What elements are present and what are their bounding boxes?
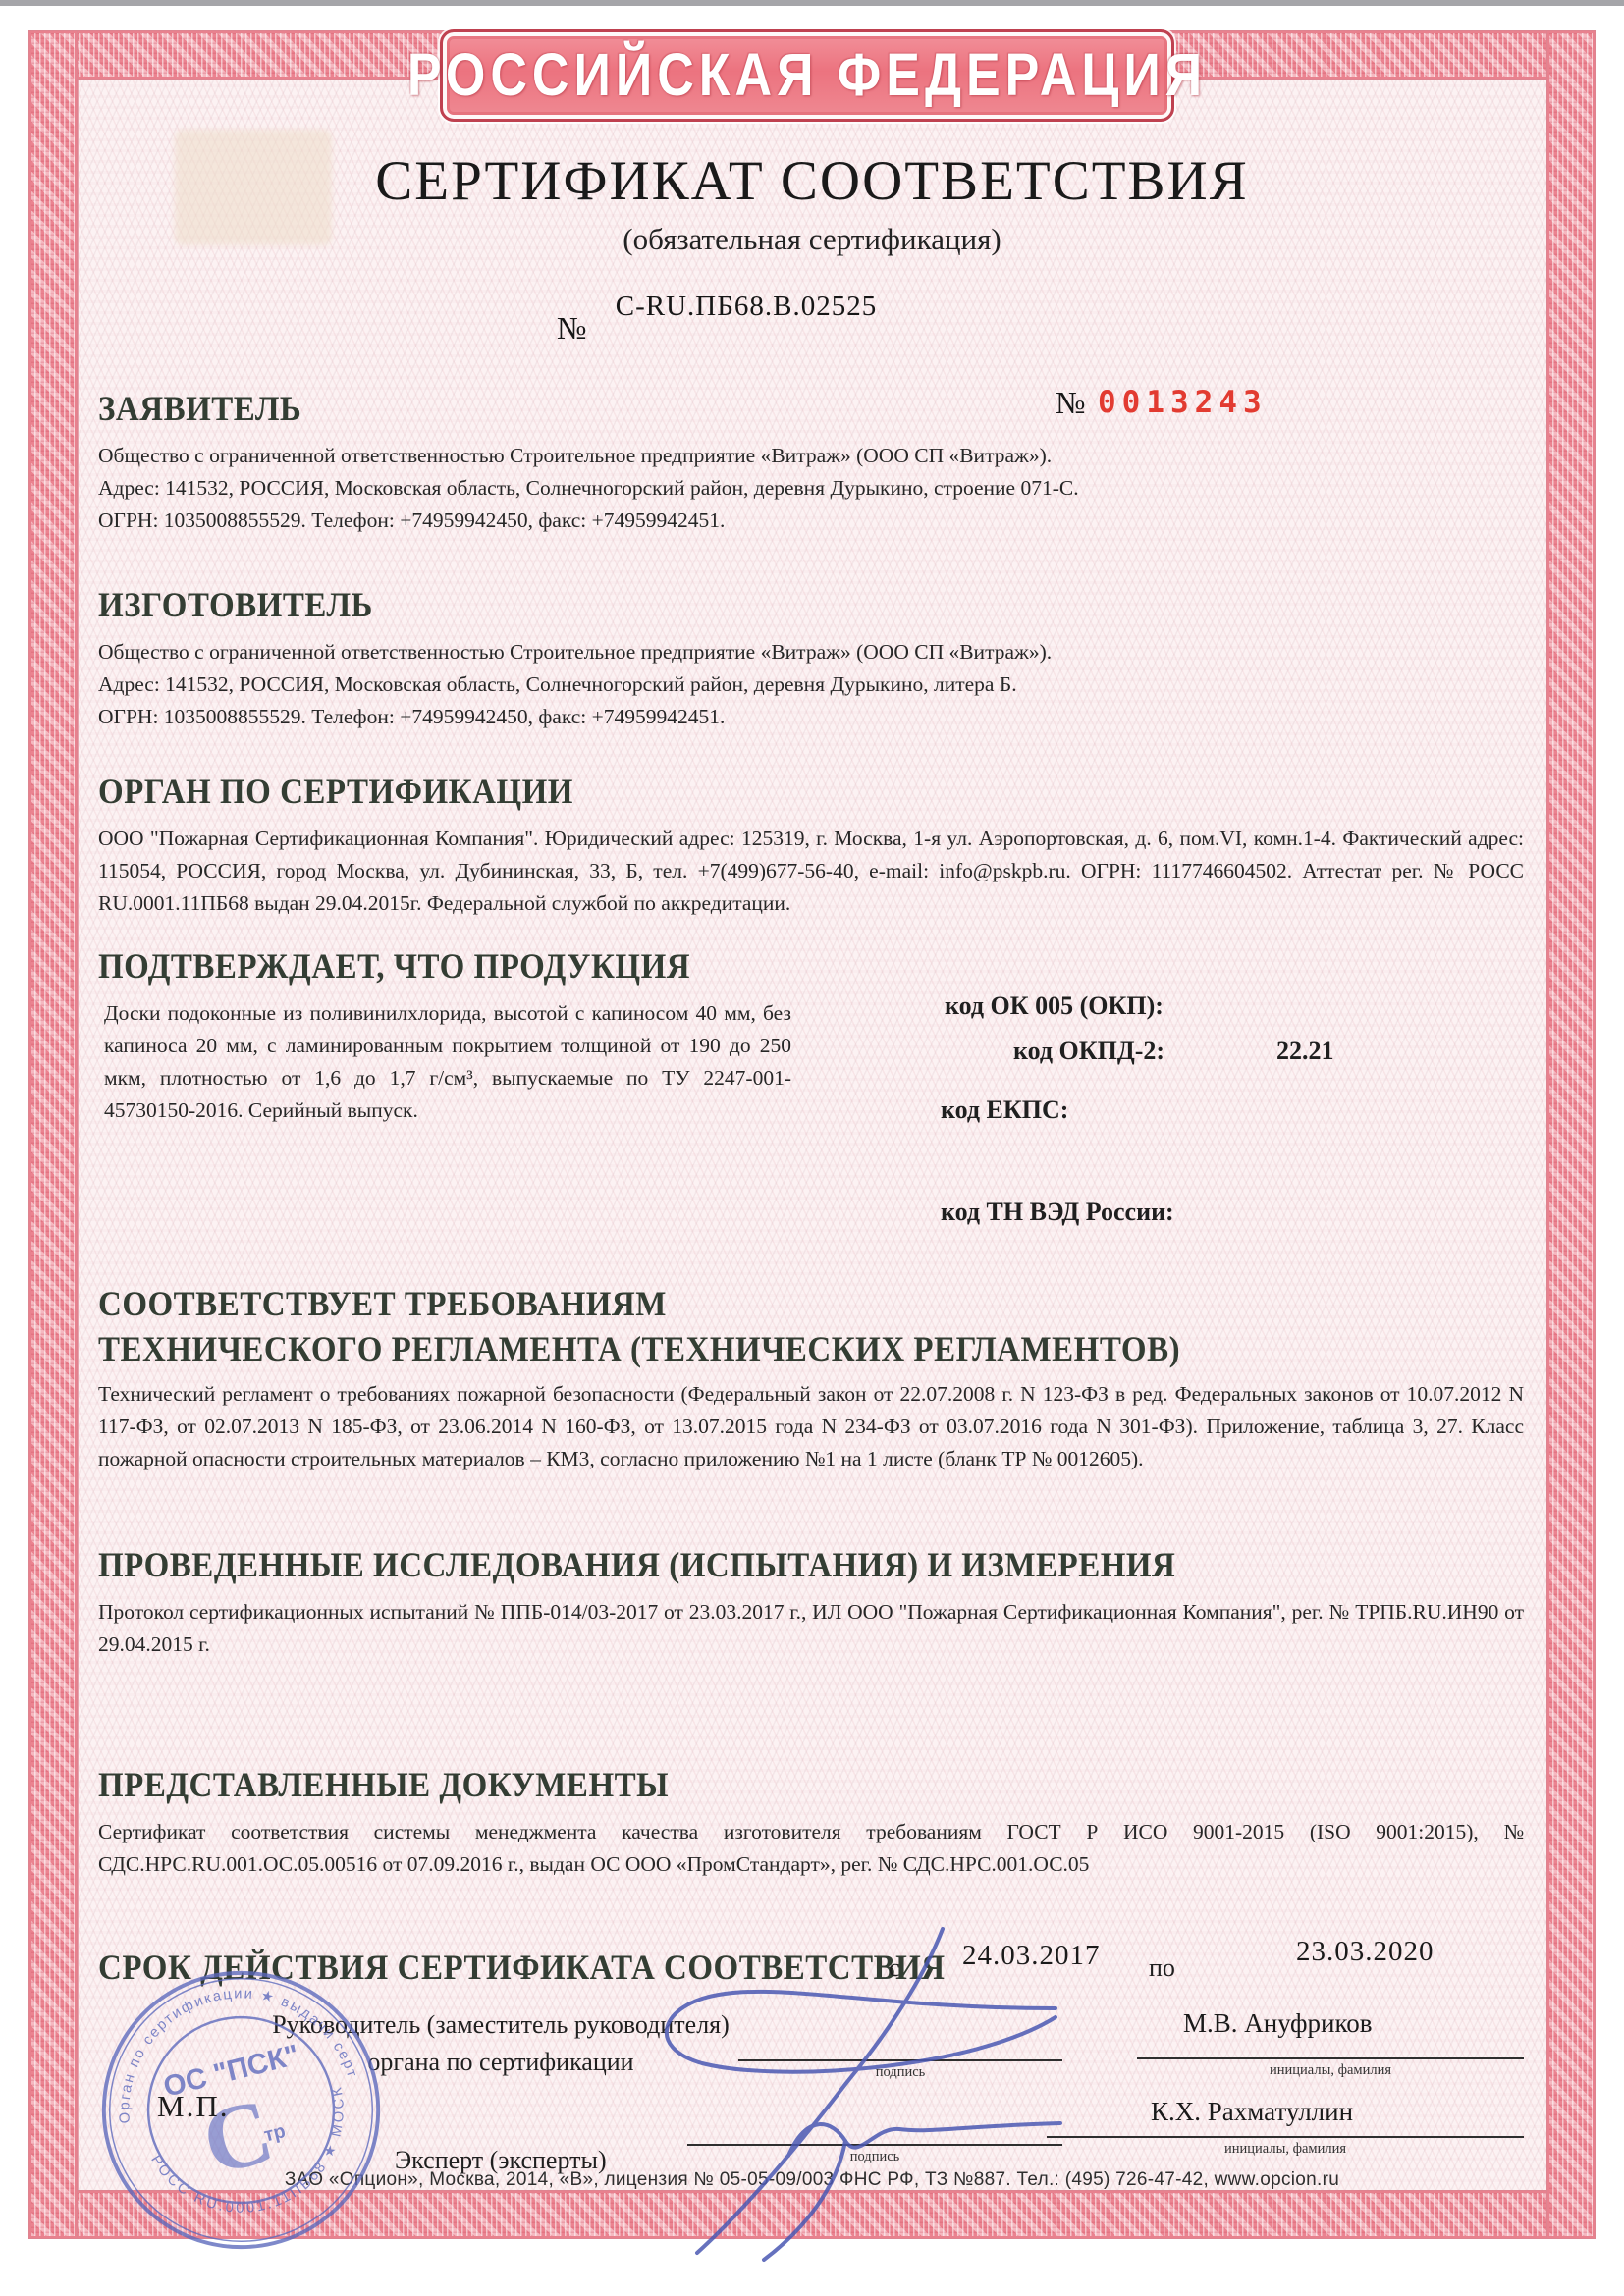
certificate-page: РОССИЙСКАЯ ФЕДЕРАЦИЯ СЕРТИФИКАТ СООТВЕТС…: [0, 0, 1624, 2296]
signature-ink-icon: [550, 1914, 1178, 2296]
documents-text: Сертификат соответствия системы менеджме…: [98, 1816, 1524, 1881]
head-signatory-name: М.В. Ануфриков: [1183, 2008, 1372, 2039]
product-description: Доски подоконные из поливинилхлорида, вы…: [104, 997, 791, 1127]
head-name-line: [1137, 2057, 1524, 2059]
manufacturer-line-3: ОГРН: 1035008855529. Телефон: +749599424…: [98, 701, 1355, 733]
section-heading-cert-body: ОРГАН ПО СЕРТИФИКАЦИИ: [98, 774, 573, 813]
scan-edge-artifact: [0, 0, 1624, 6]
section-heading-requirements-2: ТЕХНИЧЕСКОГО РЕГЛАМЕНТА (ТЕХНИЧЕСКИХ РЕГ…: [98, 1331, 1180, 1370]
applicant-line-3: ОГРН: 1035008855529. Телефон: +749599424…: [98, 505, 1355, 537]
code-ekps-label: код ЕКПС:: [941, 1095, 1068, 1125]
ornamental-border-right: [1547, 31, 1595, 2238]
blank-number-sign: №: [1056, 385, 1086, 421]
blank-serial-number: 0013243: [1098, 385, 1268, 420]
country-banner: РОССИЙСКАЯ ФЕДЕРАЦИЯ: [440, 29, 1174, 122]
code-okpd2-value: 22.21: [1276, 1037, 1334, 1066]
section-heading-tests: ПРОВЕДЕННЫЕ ИССЛЕДОВАНИЯ (ИСПЫТАНИЯ) И И…: [98, 1547, 1175, 1586]
applicant-line-2: Адрес: 141532, РОССИЯ, Московская област…: [98, 472, 1355, 505]
manufacturer-text: Общество с ограниченной ответственностью…: [98, 636, 1355, 733]
section-heading-requirements-1: СООТВЕТСТВУЕТ ТРЕБОВАНИЯМ: [98, 1286, 667, 1325]
section-heading-manufacturer: ИЗГОТОВИТЕЛЬ: [98, 587, 373, 626]
expert-name: К.Х. Рахматуллин: [1151, 2097, 1353, 2127]
applicant-line-1: Общество с ограниченной ответственностью…: [98, 440, 1355, 472]
ornamental-border-left: [29, 31, 77, 2238]
applicant-text: Общество с ограниченной ответственностью…: [98, 440, 1355, 537]
requirements-text: Технический регламент о требованиях пожа…: [98, 1378, 1524, 1475]
country-banner-text: РОССИЙСКАЯ ФЕДЕРАЦИЯ: [407, 41, 1207, 111]
stamp-place-label: М.П.: [157, 2089, 229, 2124]
manufacturer-line-1: Общество с ограниченной ответственностью…: [98, 636, 1355, 668]
certificate-title: СЕРТИФИКАТ СООТВЕТСТВИЯ: [0, 149, 1624, 213]
validity-to-date: 23.03.2020: [1296, 1936, 1435, 1968]
manufacturer-line-2: Адрес: 141532, РОССИЯ, Московская област…: [98, 668, 1355, 701]
cert-body-text: ООО "Пожарная Сертификационная Компания"…: [98, 823, 1524, 920]
stamp-monogram-small: тр: [262, 2120, 288, 2147]
certificate-number: C-RU.ПБ68.В.02525: [530, 291, 962, 323]
section-heading-applicant: ЗАЯВИТЕЛЬ: [98, 391, 301, 430]
head-name-caption: инициалы, фамилия: [1137, 2062, 1524, 2079]
code-ok005-label: код ОК 005 (ОКП):: [945, 991, 1164, 1021]
tests-text: Протокол сертификационных испытаний № ПП…: [98, 1596, 1524, 1661]
section-heading-product: ПОДТВЕРЖДАЕТ, ЧТО ПРОДУКЦИЯ: [98, 948, 690, 988]
section-heading-documents: ПРЕДСТАВЛЕННЫЕ ДОКУМЕНТЫ: [98, 1767, 669, 1806]
certificate-subtitle: (обязательная сертификация): [0, 222, 1624, 257]
code-okpd2-label: код ОКПД-2:: [1013, 1037, 1164, 1066]
code-tnved-label: код ТН ВЭД России:: [941, 1198, 1174, 1227]
